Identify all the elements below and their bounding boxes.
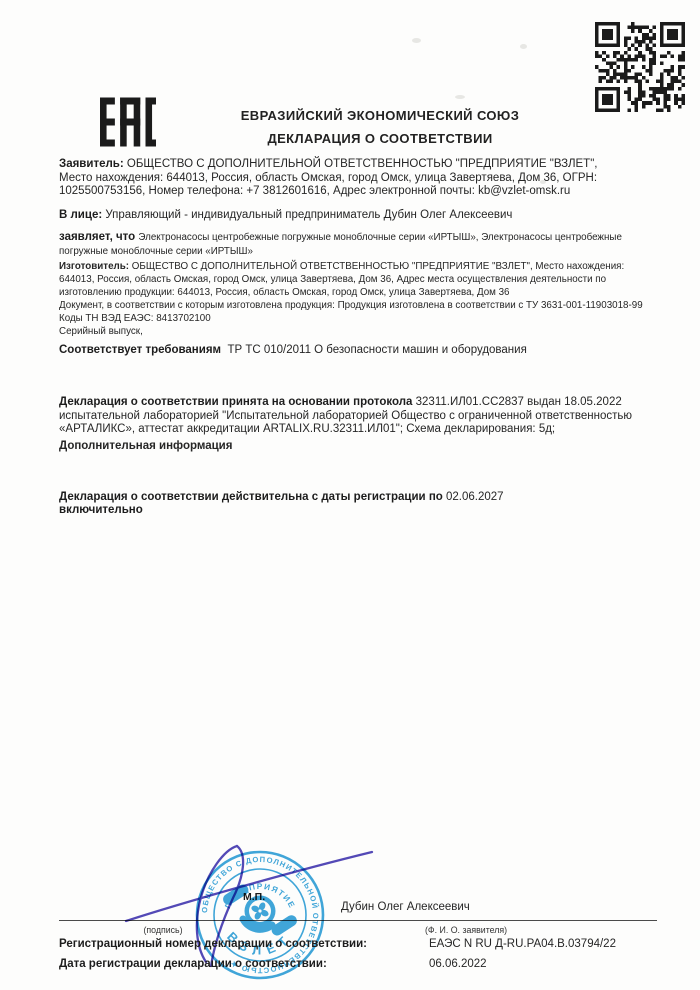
in-person-paragraph: В лице: Управляющий - индивидуальный пре… [59, 209, 657, 223]
fio-caption: (Ф. И. О. заявителя) [425, 925, 507, 935]
document-body: Заявитель: ОБЩЕСТВО С ДОПОЛНИТЕЛЬНОЙ ОТВ… [59, 158, 657, 518]
validity-paragraph: Декларация о соответствии действительна … [59, 491, 619, 518]
declares-label: заявляет, что [59, 231, 135, 243]
declaration-document: ЕВРАЗИЙСКИЙ ЭКОНОМИЧЕСКИЙ СОЮЗ ДЕКЛАРАЦИ… [0, 0, 700, 990]
complies-paragraph: Соответствует требованиям ТР ТС 010/2011… [59, 344, 657, 358]
validity-date: 02.06.2027 [446, 491, 504, 503]
complies-text: ТР ТС 010/2011 О безопасности машин и об… [227, 344, 526, 356]
additional-info-label: Дополнительная информация [59, 440, 657, 454]
declares-paragraph: заявляет, что Электронасосы центробежные… [59, 231, 657, 258]
reg-date-label: Дата регистрации декларации о соответств… [59, 958, 327, 970]
document-title: ДЕКЛАРАЦИЯ О СООТВЕТСТВИИ [190, 131, 570, 146]
manufacturer-text: ОБЩЕСТВО С ДОПОЛНИТЕЛЬНОЙ ОТВЕТСТВЕННОСТ… [59, 261, 624, 298]
document-basis-text: Документ, в соответствии с которым изгот… [59, 299, 657, 312]
validity-suffix: включительно [59, 504, 143, 516]
manufacturer-paragraph: Изготовитель: ОБЩЕСТВО С ДОПОЛНИТЕЛЬНОЙ … [59, 260, 657, 299]
scan-speck [520, 44, 527, 49]
document-header: ЕВРАЗИЙСКИЙ ЭКОНОМИЧЕСКИЙ СОЮЗ ДЕКЛАРАЦИ… [190, 108, 570, 146]
serial-issue: Серийный выпуск, [59, 325, 657, 338]
scan-speck [412, 38, 421, 43]
protocol-paragraph: Декларация о соответствии принята на осн… [59, 396, 647, 437]
reg-date-value: 06.06.2022 [429, 958, 487, 970]
applicant-label: Заявитель: [59, 158, 124, 170]
tnved-code: Коды ТН ВЭД ЕАЭС: 8413702100 [59, 312, 657, 325]
handwritten-signature-icon [105, 835, 385, 975]
in-person-text: Управляющий - индивидуальный предпринима… [105, 209, 512, 221]
qr-code [595, 22, 685, 112]
applicant-paragraph: Заявитель: ОБЩЕСТВО С ДОПОЛНИТЕЛЬНОЙ ОТВ… [59, 158, 615, 199]
protocol-label: Декларация о соответствии принята на осн… [59, 396, 412, 408]
manufacturer-label: Изготовитель: [59, 261, 129, 272]
reg-number-value: ЕАЭС N RU Д-RU.РА04.В.03794/22 [429, 938, 616, 950]
reg-number-label: Регистрационный номер декларации о соотв… [59, 938, 367, 950]
in-person-label: В лице: [59, 209, 102, 221]
validity-label: Декларация о соответствии действительна … [59, 491, 443, 503]
complies-label: Соответствует требованиям [59, 344, 221, 356]
product-text: Электронасосы центробежные погружные мон… [59, 232, 622, 257]
applicant-text: ОБЩЕСТВО С ДОПОЛНИТЕЛЬНОЙ ОТВЕТСТВЕННОСТ… [59, 158, 597, 197]
scan-speck [455, 95, 465, 99]
eac-mark-icon [100, 92, 156, 152]
union-title: ЕВРАЗИЙСКИЙ ЭКОНОМИЧЕСКИЙ СОЮЗ [190, 108, 570, 123]
